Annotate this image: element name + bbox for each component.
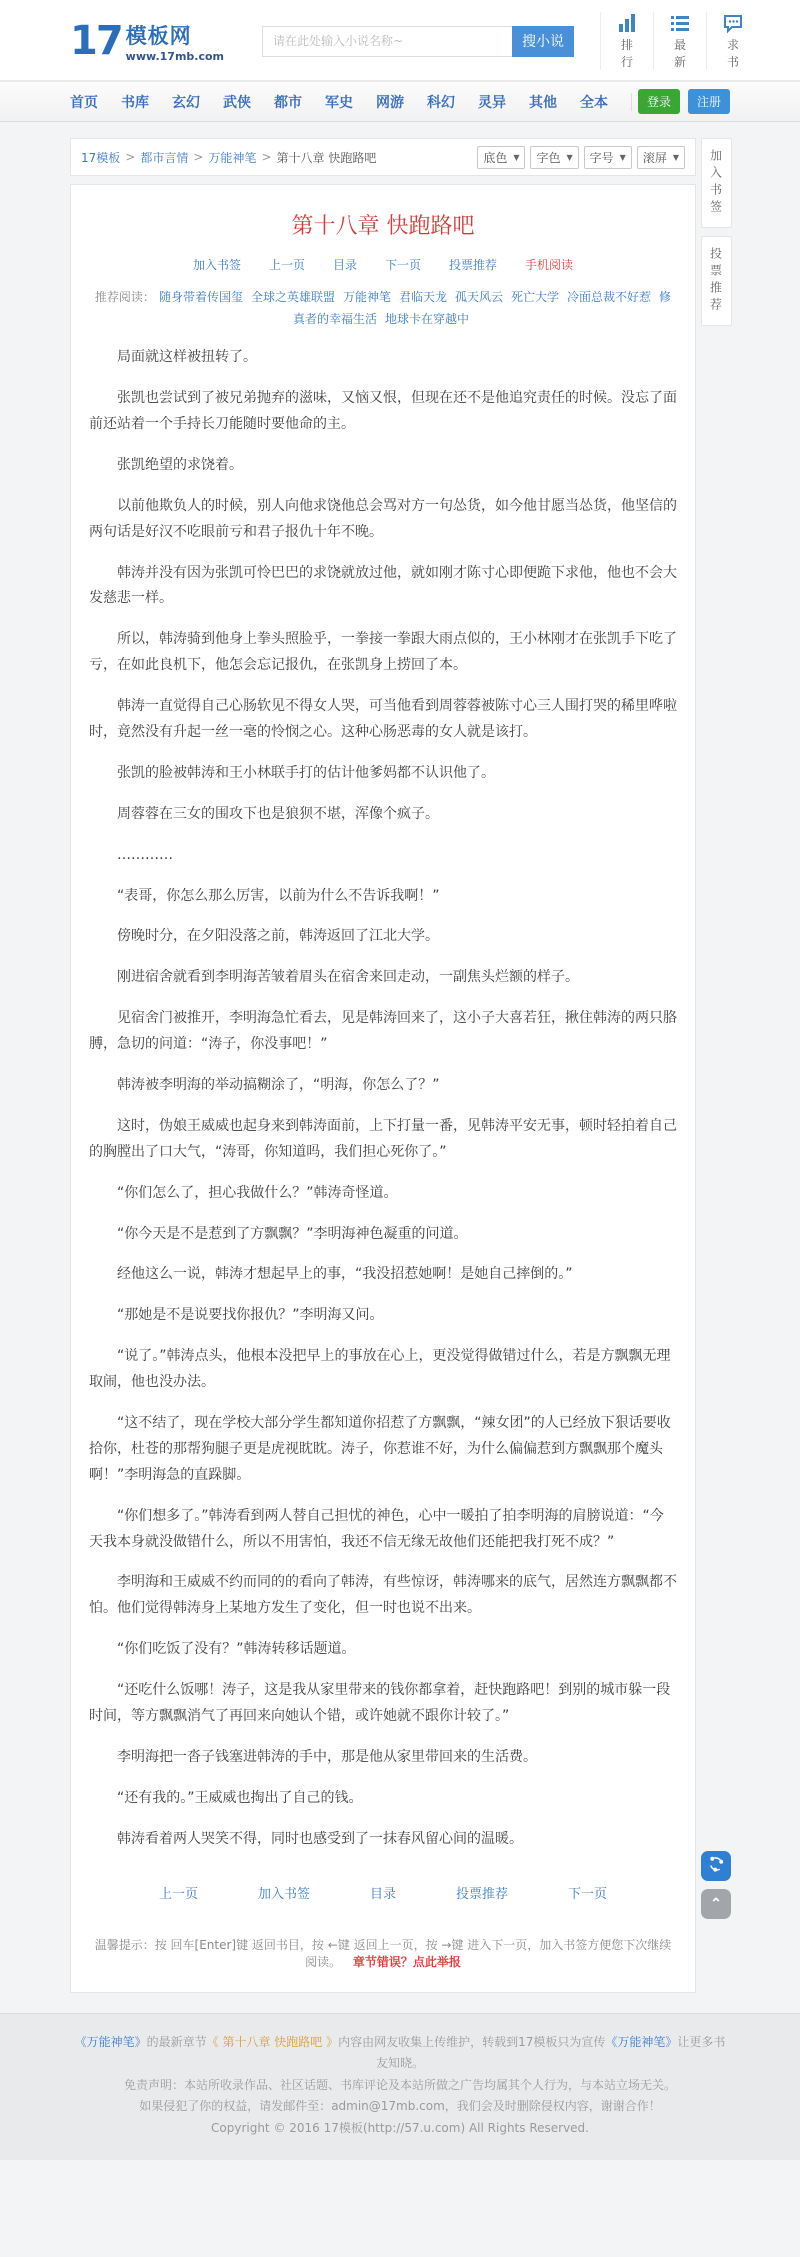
recommend-link[interactable]: 孤天风云: [455, 290, 503, 304]
recommend-link[interactable]: 随身带着传国玺: [159, 290, 243, 304]
nav-item-xuanhuan[interactable]: 玄幻: [172, 92, 200, 112]
breadcrumb-separator: >: [193, 150, 203, 164]
chapter-title: 第十八章 快跑路吧: [89, 209, 677, 240]
chapter-paragraph: …………: [89, 843, 677, 869]
nav-item-other[interactable]: 其他: [529, 92, 557, 112]
breadcrumb-current: 第十八章 快跑路吧: [277, 149, 377, 166]
next-page-link[interactable]: 下一页: [385, 256, 421, 273]
bookmark-link[interactable]: 加入书签: [193, 256, 241, 273]
breadcrumb-book[interactable]: 万能神笔: [208, 149, 256, 166]
side-tab-vote[interactable]: 投票推荐: [701, 236, 732, 326]
site-header: 17 模板网 www.17mb.com 搜小说 排行 最新: [0, 0, 800, 80]
chapter-paragraph: 刚进宿舍就看到李明海苦皱着眉头在宿舍来回走动，一副焦头烂额的样子。: [89, 965, 677, 991]
nav-item-wuxia[interactable]: 武侠: [223, 92, 251, 112]
breadcrumb-bar: 17模板 > 都市言情 > 万能神笔 > 第十八章 快跑路吧 底色 ▼ 字色 ▼: [70, 138, 696, 176]
breadcrumb-separator: >: [261, 150, 271, 164]
share-button[interactable]: [701, 1851, 731, 1881]
breadcrumb-separator: >: [125, 150, 135, 164]
auto-scroll-label: 滚屏: [643, 149, 667, 166]
chapter-paragraph: “这不结了，现在学校大部分学生都知道你招惹了方飘飘，“辣女团”的人已经放下狠话要…: [89, 1411, 677, 1489]
login-button[interactable]: 登录: [638, 89, 680, 114]
search-input[interactable]: [262, 26, 512, 57]
font-size-select[interactable]: 字号 ▼: [584, 146, 632, 169]
share-icon: [707, 1855, 725, 1876]
chapter-paragraph: 韩涛看着两人哭笑不得，同时也感受到了一抹春风留心间的温暖。: [89, 1827, 677, 1853]
chapter-paragraph: 局面就这样被扭转了。: [89, 345, 677, 371]
chapter-content: 局面就这样被扭转了。 张凯也尝试到了被兄弟抛弃的滋味，又恼又恨，但现在还不是他追…: [89, 345, 677, 1852]
recommend-link[interactable]: 全球之英雄联盟: [251, 290, 335, 304]
recommend-label: 推荐阅读：: [95, 290, 155, 304]
font-color-label: 字色: [536, 149, 560, 166]
recommend-link[interactable]: 死亡大学: [511, 290, 559, 304]
chapter-paragraph: “你今天是不是惹到了方飘飘？”李明海神色凝重的问道。: [89, 1222, 677, 1248]
chapter-paragraph: “还有我的。”王威威也掏出了自己的钱。: [89, 1786, 677, 1812]
recommend-link[interactable]: 冷面总裁不好惹: [567, 290, 651, 304]
logo-url: www.17mb.com: [126, 50, 224, 63]
quick-link-label: 最新: [669, 36, 691, 70]
footer-text: 内容由网友收集上传维护，转载到17模板只为宣传: [338, 2035, 605, 2049]
chapter-box: 第十八章 快跑路吧 加入书签 上一页 目录 下一页 投票推荐 手机阅读 推荐阅读…: [70, 184, 696, 1993]
ranking-icon: [616, 12, 638, 34]
chapter-paragraph: “还吃什么饭哪！涛子，这是我从家里带来的钱你都拿着，赶快跑路吧！到别的城市躲一段…: [89, 1678, 677, 1730]
recommend-row: 推荐阅读：随身带着传国玺全球之英雄联盟万能神笔君临天龙孤天风云死亡大学冷面总裁不…: [89, 287, 677, 330]
nav-item-military[interactable]: 军史: [325, 92, 353, 112]
footer-disclaimer: 免责声明：本站所收录作品、社区话题、书库评论及本站所做之广告均属其个人行为，与本…: [70, 2075, 730, 2097]
nav-item-complete[interactable]: 全本: [580, 92, 608, 112]
footer-book-link[interactable]: 《万能神笔》: [605, 2035, 677, 2049]
search-button[interactable]: 搜小说: [512, 26, 574, 57]
chevron-down-icon: ▼: [513, 153, 519, 162]
mobile-read-link[interactable]: 手机阅读: [525, 256, 573, 273]
bottom-prev-page-link[interactable]: 上一页: [159, 1883, 198, 1902]
nav-item-home[interactable]: 首页: [70, 92, 98, 112]
chapter-paragraph: 这时，伪娘王威威也起身来到韩涛面前，上下打量一番，见韩涛平安无事，顿时轻拍着自己…: [89, 1114, 677, 1166]
footer-contact: 如果侵犯了你的权益，请发邮件至：admin@17mb.com，我们会及时删除侵权…: [70, 2096, 730, 2118]
bg-color-select[interactable]: 底色 ▼: [477, 146, 525, 169]
recommend-link[interactable]: 地球卡在穿越中: [385, 312, 469, 326]
footer-chapter-name: 《 第十八章 快跑路吧 》: [207, 2035, 338, 2049]
breadcrumb: 17模板 > 都市言情 > 万能神笔 > 第十八章 快跑路吧: [81, 149, 376, 166]
bottom-toc-link[interactable]: 目录: [370, 1883, 396, 1902]
chapter-paragraph: 见宿舍门被推开，李明海急忙看去，见是韩涛回来了，这小子大喜若狂，揪住韩涛的两只胳…: [89, 1006, 677, 1058]
quick-link-request-book[interactable]: 求书: [706, 12, 759, 70]
chapter-paragraph: 所以，韩涛骑到他身上拳头照脸乎，一拳接一拳跟大雨点似的，王小林刚才在张凯手下吃了…: [89, 627, 677, 679]
chapter-paragraph: 以前他欺负人的时候，别人向他求饶他总会骂对方一句怂货，如今他甘愿当怂货，他坚信的…: [89, 494, 677, 546]
chapter-paragraph: 韩涛并没有因为张凯可怜巴巴的求饶就放过他，就如刚才陈寸心即便跪下求他，他也不会大…: [89, 561, 677, 613]
back-to-top-button[interactable]: ⌃: [701, 1889, 731, 1919]
footer-copyright: Copyright © 2016 17模板(http://57.u.com) A…: [70, 2118, 730, 2140]
chapter-paragraph: “表哥，你怎么那么厉害，以前为什么不告诉我啊！”: [89, 884, 677, 910]
bottom-vote-link[interactable]: 投票推荐: [456, 1883, 508, 1902]
font-color-select[interactable]: 字色 ▼: [530, 146, 578, 169]
prev-page-link[interactable]: 上一页: [269, 256, 305, 273]
chevron-down-icon: ▼: [673, 153, 679, 162]
site-footer: 《万能神笔》的最新章节《 第十八章 快跑路吧 》内容由网友收集上传维护，转载到1…: [0, 2013, 800, 2160]
request-book-bubble-icon: [722, 12, 744, 34]
chapter-paragraph: 韩涛被李明海的举动搞糊涂了，“明海，你怎么了？”: [89, 1073, 677, 1099]
quick-link-label: 求书: [722, 36, 744, 70]
chapter-paragraph: “你们吃饭了没有？”韩涛转移话题道。: [89, 1637, 677, 1663]
bottom-next-page-link[interactable]: 下一页: [568, 1883, 607, 1902]
chapter-paragraph: “你们想多了。”韩涛看到两人替自己担忧的神色，心中一暖拍了拍李明海的肩膀说道：“…: [89, 1504, 677, 1556]
font-size-label: 字号: [590, 149, 614, 166]
chapter-paragraph: “你们怎么了，担心我做什么？”韩涛奇怪道。: [89, 1181, 677, 1207]
chapter-paragraph: “那她是不是说要找你报仇？”李明海又问。: [89, 1303, 677, 1329]
vote-link[interactable]: 投票推荐: [449, 256, 497, 273]
chevron-down-icon: ▼: [620, 153, 626, 162]
chapter-paragraph: 傍晚时分，在夕阳没落之前，韩涛返回了江北大学。: [89, 924, 677, 950]
nav-item-supernatural[interactable]: 灵异: [478, 92, 506, 112]
quick-link-ranking[interactable]: 排行: [600, 12, 653, 70]
chapter-paragraph: 张凯的脸被韩涛和王小林联手打的估计他爹妈都不认识他了。: [89, 761, 677, 787]
quick-link-label: 排行: [616, 36, 638, 70]
nav-item-game[interactable]: 网游: [376, 92, 404, 112]
chapter-paragraph: 韩涛一直觉得自己心肠软见不得女人哭，可当他看到周蓉蓉被陈寸心三人围打哭的稀里哗啦…: [89, 694, 677, 746]
site-logo[interactable]: 17 模板网 www.17mb.com: [70, 20, 224, 63]
report-error-link[interactable]: 章节错误？点此举报: [353, 1955, 461, 1969]
chapter-paragraph: 李明海和王威威不约而同的的看向了韩涛，有些惊讶，韩涛哪来的底气，居然连方飘飘都不…: [89, 1570, 677, 1622]
toc-link[interactable]: 目录: [333, 256, 357, 273]
breadcrumb-site[interactable]: 17模板: [81, 149, 120, 166]
recommend-link[interactable]: 君临天龙: [399, 290, 447, 304]
recommend-link[interactable]: 万能神笔: [343, 290, 391, 304]
chapter-paragraph: 张凯绝望的求饶着。: [89, 453, 677, 479]
logo-number: 17: [70, 23, 122, 59]
register-button[interactable]: 注册: [688, 89, 730, 114]
chapter-paragraph: “说了。”韩涛点头，他根本没把早上的事放在心上，更没觉得做错过什么，若是方飘飘无…: [89, 1344, 677, 1396]
nav-item-library[interactable]: 书库: [121, 92, 149, 112]
bottom-bookmark-link[interactable]: 加入书签: [258, 1883, 310, 1902]
chapter-paragraph: 张凯也尝试到了被兄弟抛弃的滋味，又恼又恨，但现在还不是他追究责任的时候。没忘了面…: [89, 386, 677, 438]
tip-bar: 温馨提示：按 回车[Enter]键 返回书目，按 ←键 返回上一页，按 →键 进…: [89, 1922, 677, 1980]
quick-link-latest[interactable]: 最新: [653, 12, 706, 70]
chevron-up-icon: ⌃: [710, 1895, 722, 1912]
auto-scroll-select[interactable]: 滚屏 ▼: [637, 146, 685, 169]
breadcrumb-category[interactable]: 都市言情: [140, 149, 188, 166]
chapter-paragraph: 李明海把一沓子钱塞进韩涛的手中，那是他从家里带回来的生活费。: [89, 1745, 677, 1771]
footer-text: 的最新章节: [147, 2035, 207, 2049]
footer-line-1: 《万能神笔》的最新章节《 第十八章 快跑路吧 》内容由网友收集上传维护，转载到1…: [70, 2032, 730, 2075]
chapter-paragraph: 经他这么一说，韩涛才想起早上的事，“我没招惹她啊！是她自己摔倒的。”: [89, 1262, 677, 1288]
latest-list-icon: [669, 12, 691, 34]
chapter-paragraph: 周蓉蓉在三女的围攻下也是狼狈不堪，浑像个疯子。: [89, 802, 677, 828]
chevron-down-icon: ▼: [567, 153, 573, 162]
logo-name: 模板网: [126, 20, 224, 50]
nav-item-scifi[interactable]: 科幻: [427, 92, 455, 112]
footer-book-link[interactable]: 《万能神笔》: [75, 2035, 147, 2049]
nav-divider: [631, 93, 632, 111]
nav-item-urban[interactable]: 都市: [274, 92, 302, 112]
main-nav: 首页 书库 玄幻 武侠 都市 军史 网游 科幻 灵异 其他 全本 登录 注册: [0, 80, 800, 122]
bg-color-label: 底色: [483, 149, 507, 166]
side-tab-bookmark[interactable]: 加入书签: [701, 138, 732, 228]
